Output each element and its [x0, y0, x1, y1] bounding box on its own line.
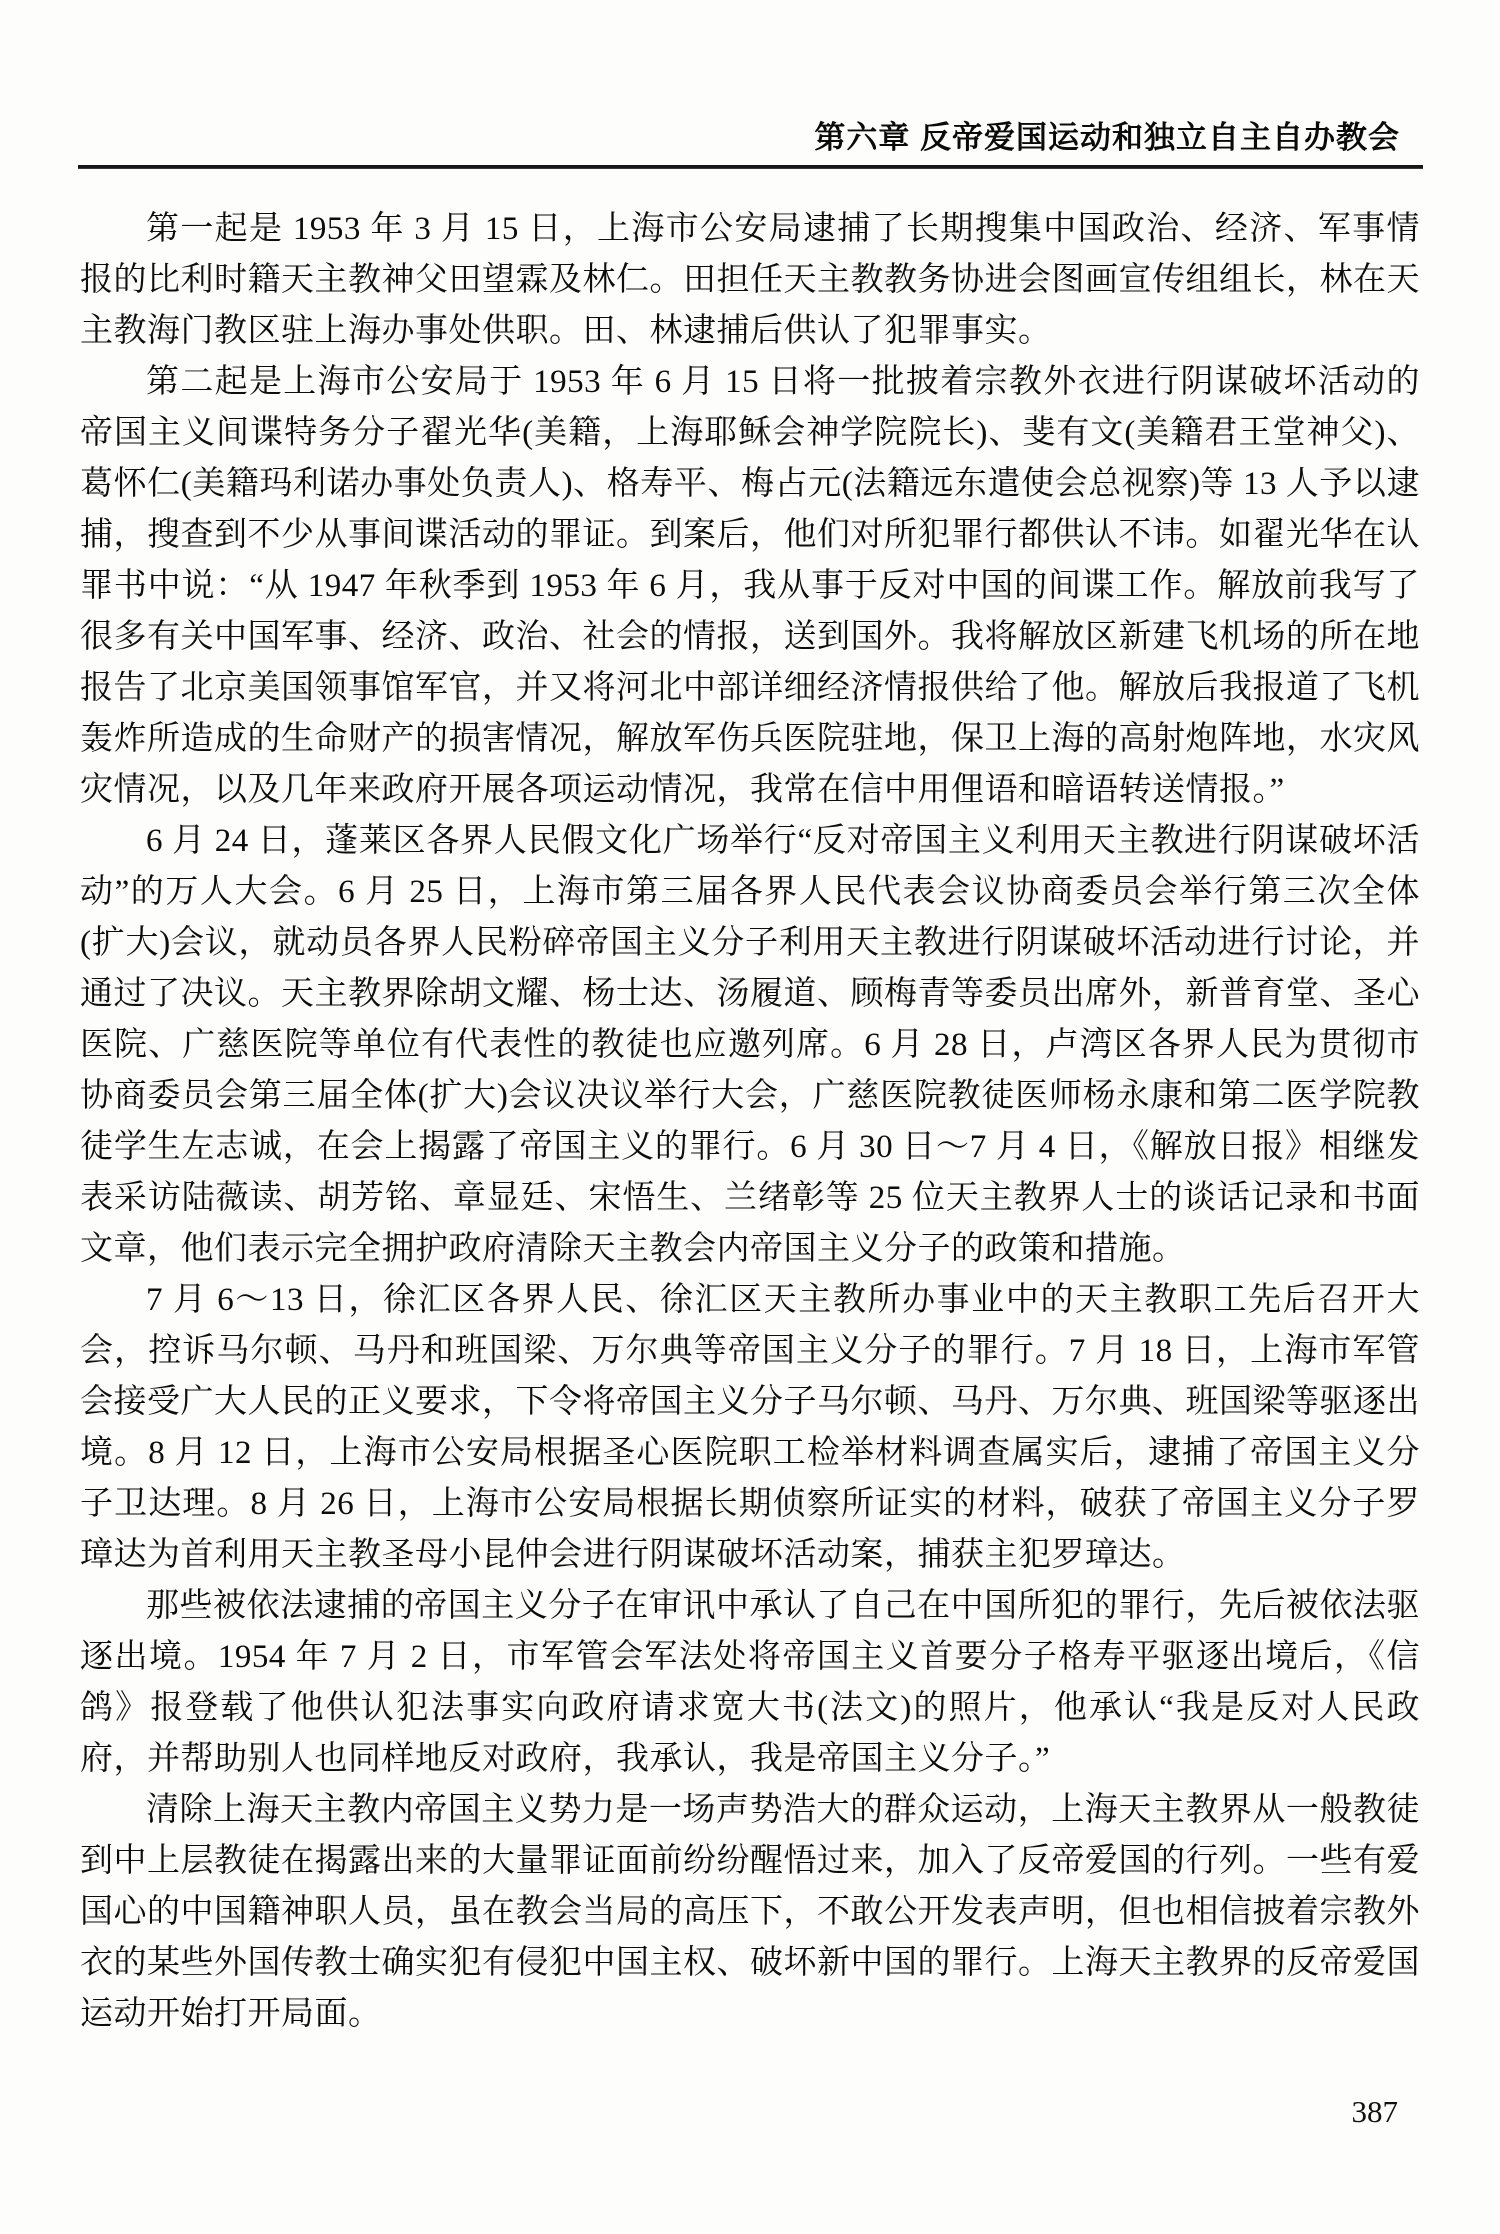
paragraph: 那些被依法逮捕的帝国主义分子在审讯中承认了自己在中国所犯的罪行，先后被依法驱逐出…: [80, 1581, 1420, 1785]
paragraph: 7 月 6～13 日，徐汇区各界人民、徐汇区天主教所办事业中的天主教职工先后召开…: [80, 1275, 1420, 1581]
page-body: 第一起是 1953 年 3 月 15 日，上海市公安局逮捕了长期搜集中国政治、经…: [80, 204, 1420, 2040]
book-page: 第六章 反帝爱国运动和独立自主自办教会 第一起是 1953 年 3 月 15 日…: [0, 0, 1500, 2234]
header-divider: [78, 165, 1423, 169]
chapter-header: 第六章 反帝爱国运动和独立自主自办教会: [814, 121, 1400, 155]
paragraph: 6 月 24 日，蓬莱区各界人民假文化广场举行“反对帝国主义利用天主教进行阴谋破…: [80, 816, 1420, 1275]
paragraph: 清除上海天主教内帝国主义势力是一场声势浩大的群众运动，上海天主教界从一般教徒到中…: [80, 1785, 1420, 2040]
paragraph: 第一起是 1953 年 3 月 15 日，上海市公安局逮捕了长期搜集中国政治、经…: [80, 204, 1420, 357]
paragraph: 第二起是上海市公安局于 1953 年 6 月 15 日将一批披着宗教外衣进行阴谋…: [80, 357, 1420, 816]
page-number: 387: [1352, 2094, 1399, 2130]
